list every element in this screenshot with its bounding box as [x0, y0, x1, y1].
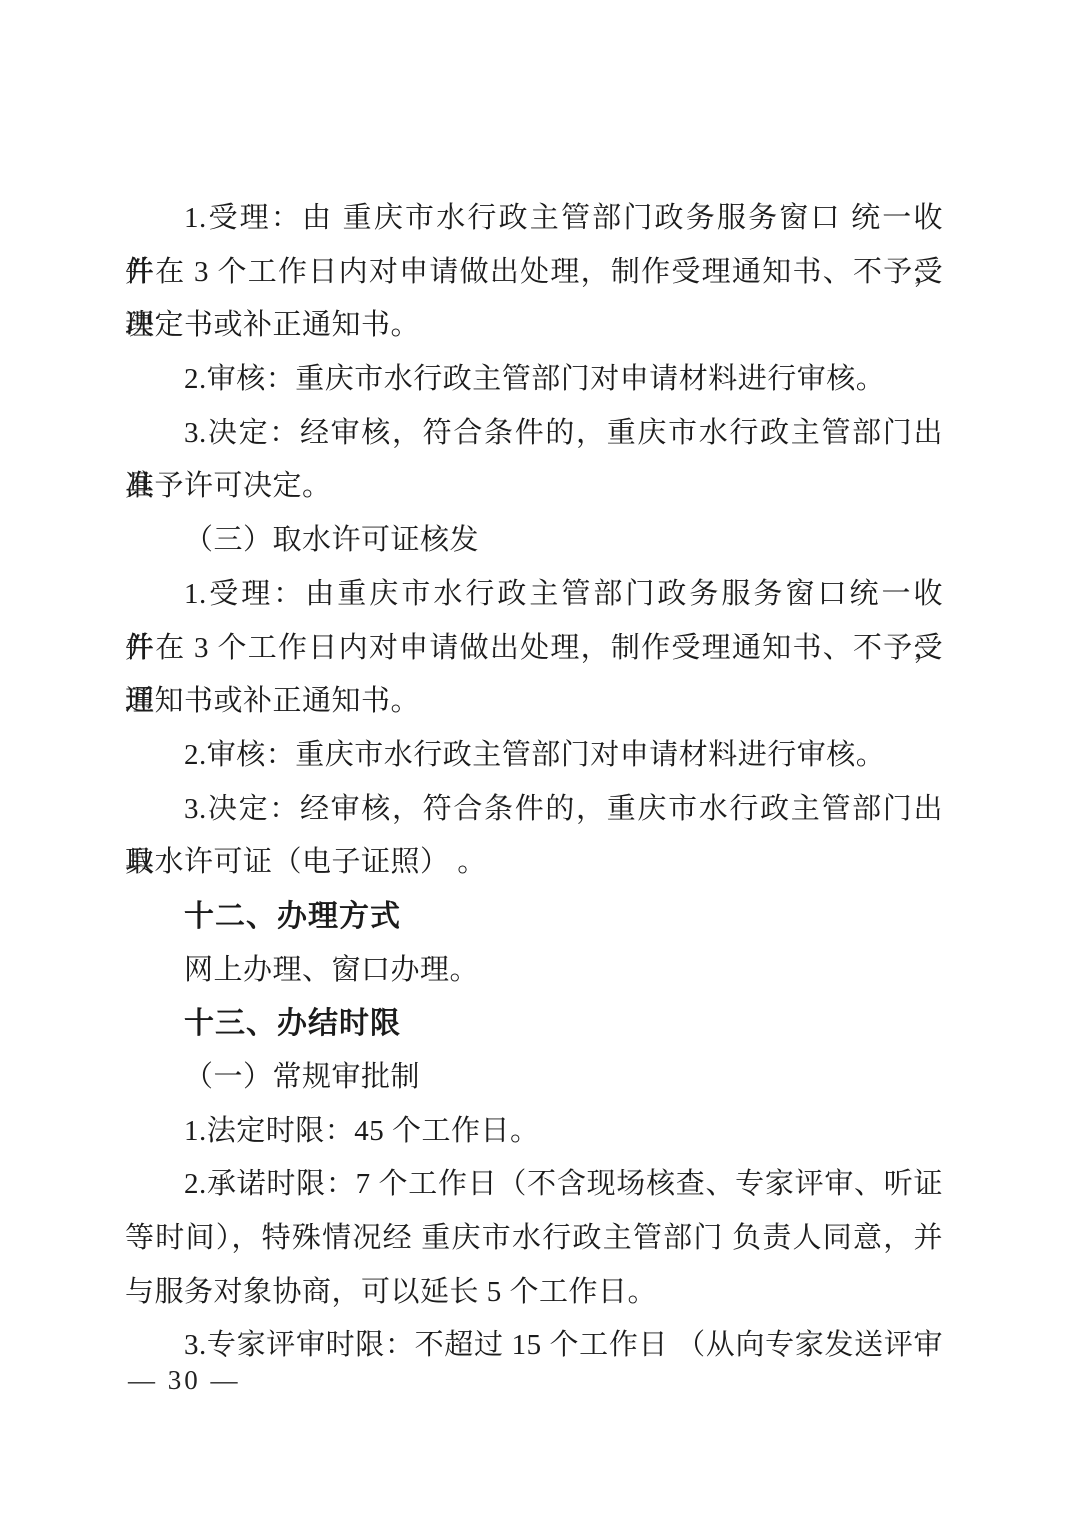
section-heading: 十三、办结时限: [125, 997, 943, 1051]
text-line: 与服务对象协商，可以延长 5 个工作日。: [125, 1266, 943, 1320]
text-line: 2.承诺时限：7 个工作日（不含现场核查、专家评审、听证: [125, 1158, 943, 1212]
document-page: 1.受理：由 重庆市水行政主管部门政务服务窗口 统一收件， 并在 3 个工作日内…: [0, 0, 1075, 1519]
text-line: 1.受理：由重庆市水行政主管部门政务服务窗口统一收件，: [125, 568, 943, 622]
text-line: 网上办理、窗口办理。: [125, 944, 943, 998]
section-heading: 十二、办理方式: [125, 890, 943, 944]
text-line: 并在 3 个工作日内对申请做出处理，制作受理通知书、不予受理: [125, 622, 943, 676]
section-label: （一）常规审批制: [125, 1051, 943, 1105]
text-line: 2.审核：重庆市水行政主管部门对申请材料进行审核。: [125, 729, 943, 783]
text-line: 3.专家评审时限：不超过 15 个工作日 （从向专家发送评审: [125, 1319, 943, 1373]
text-line: 并在 3 个工作日内对申请做出处理，制作受理通知书、不予受理: [125, 246, 943, 300]
text-line: 准予许可决定。: [125, 460, 943, 514]
text-line: 3.决定：经审核，符合条件的，重庆市水行政主管部门出具: [125, 407, 943, 461]
text-line: 1.受理：由 重庆市水行政主管部门政务服务窗口 统一收件，: [125, 192, 943, 246]
text-line: 等时间），特殊情况经 重庆市水行政主管部门 负责人同意，并: [125, 1212, 943, 1266]
text-line: 3.决定：经审核，符合条件的，重庆市水行政主管部门出具: [125, 783, 943, 837]
text-line: 取水许可证（电子证照） 。: [125, 836, 943, 890]
text-line: 决定书或补正通知书。: [125, 299, 943, 353]
text-line: 通知书或补正通知书。: [125, 675, 943, 729]
section-label: （三）取水许可证核发: [125, 514, 943, 568]
page-number: — 30 —: [128, 1364, 241, 1396]
text-line: 1.法定时限：45 个工作日。: [125, 1105, 943, 1159]
page-body: 1.受理：由 重庆市水行政主管部门政务服务窗口 统一收件， 并在 3 个工作日内…: [125, 192, 943, 1373]
text-line: 2.审核：重庆市水行政主管部门对申请材料进行审核。: [125, 353, 943, 407]
